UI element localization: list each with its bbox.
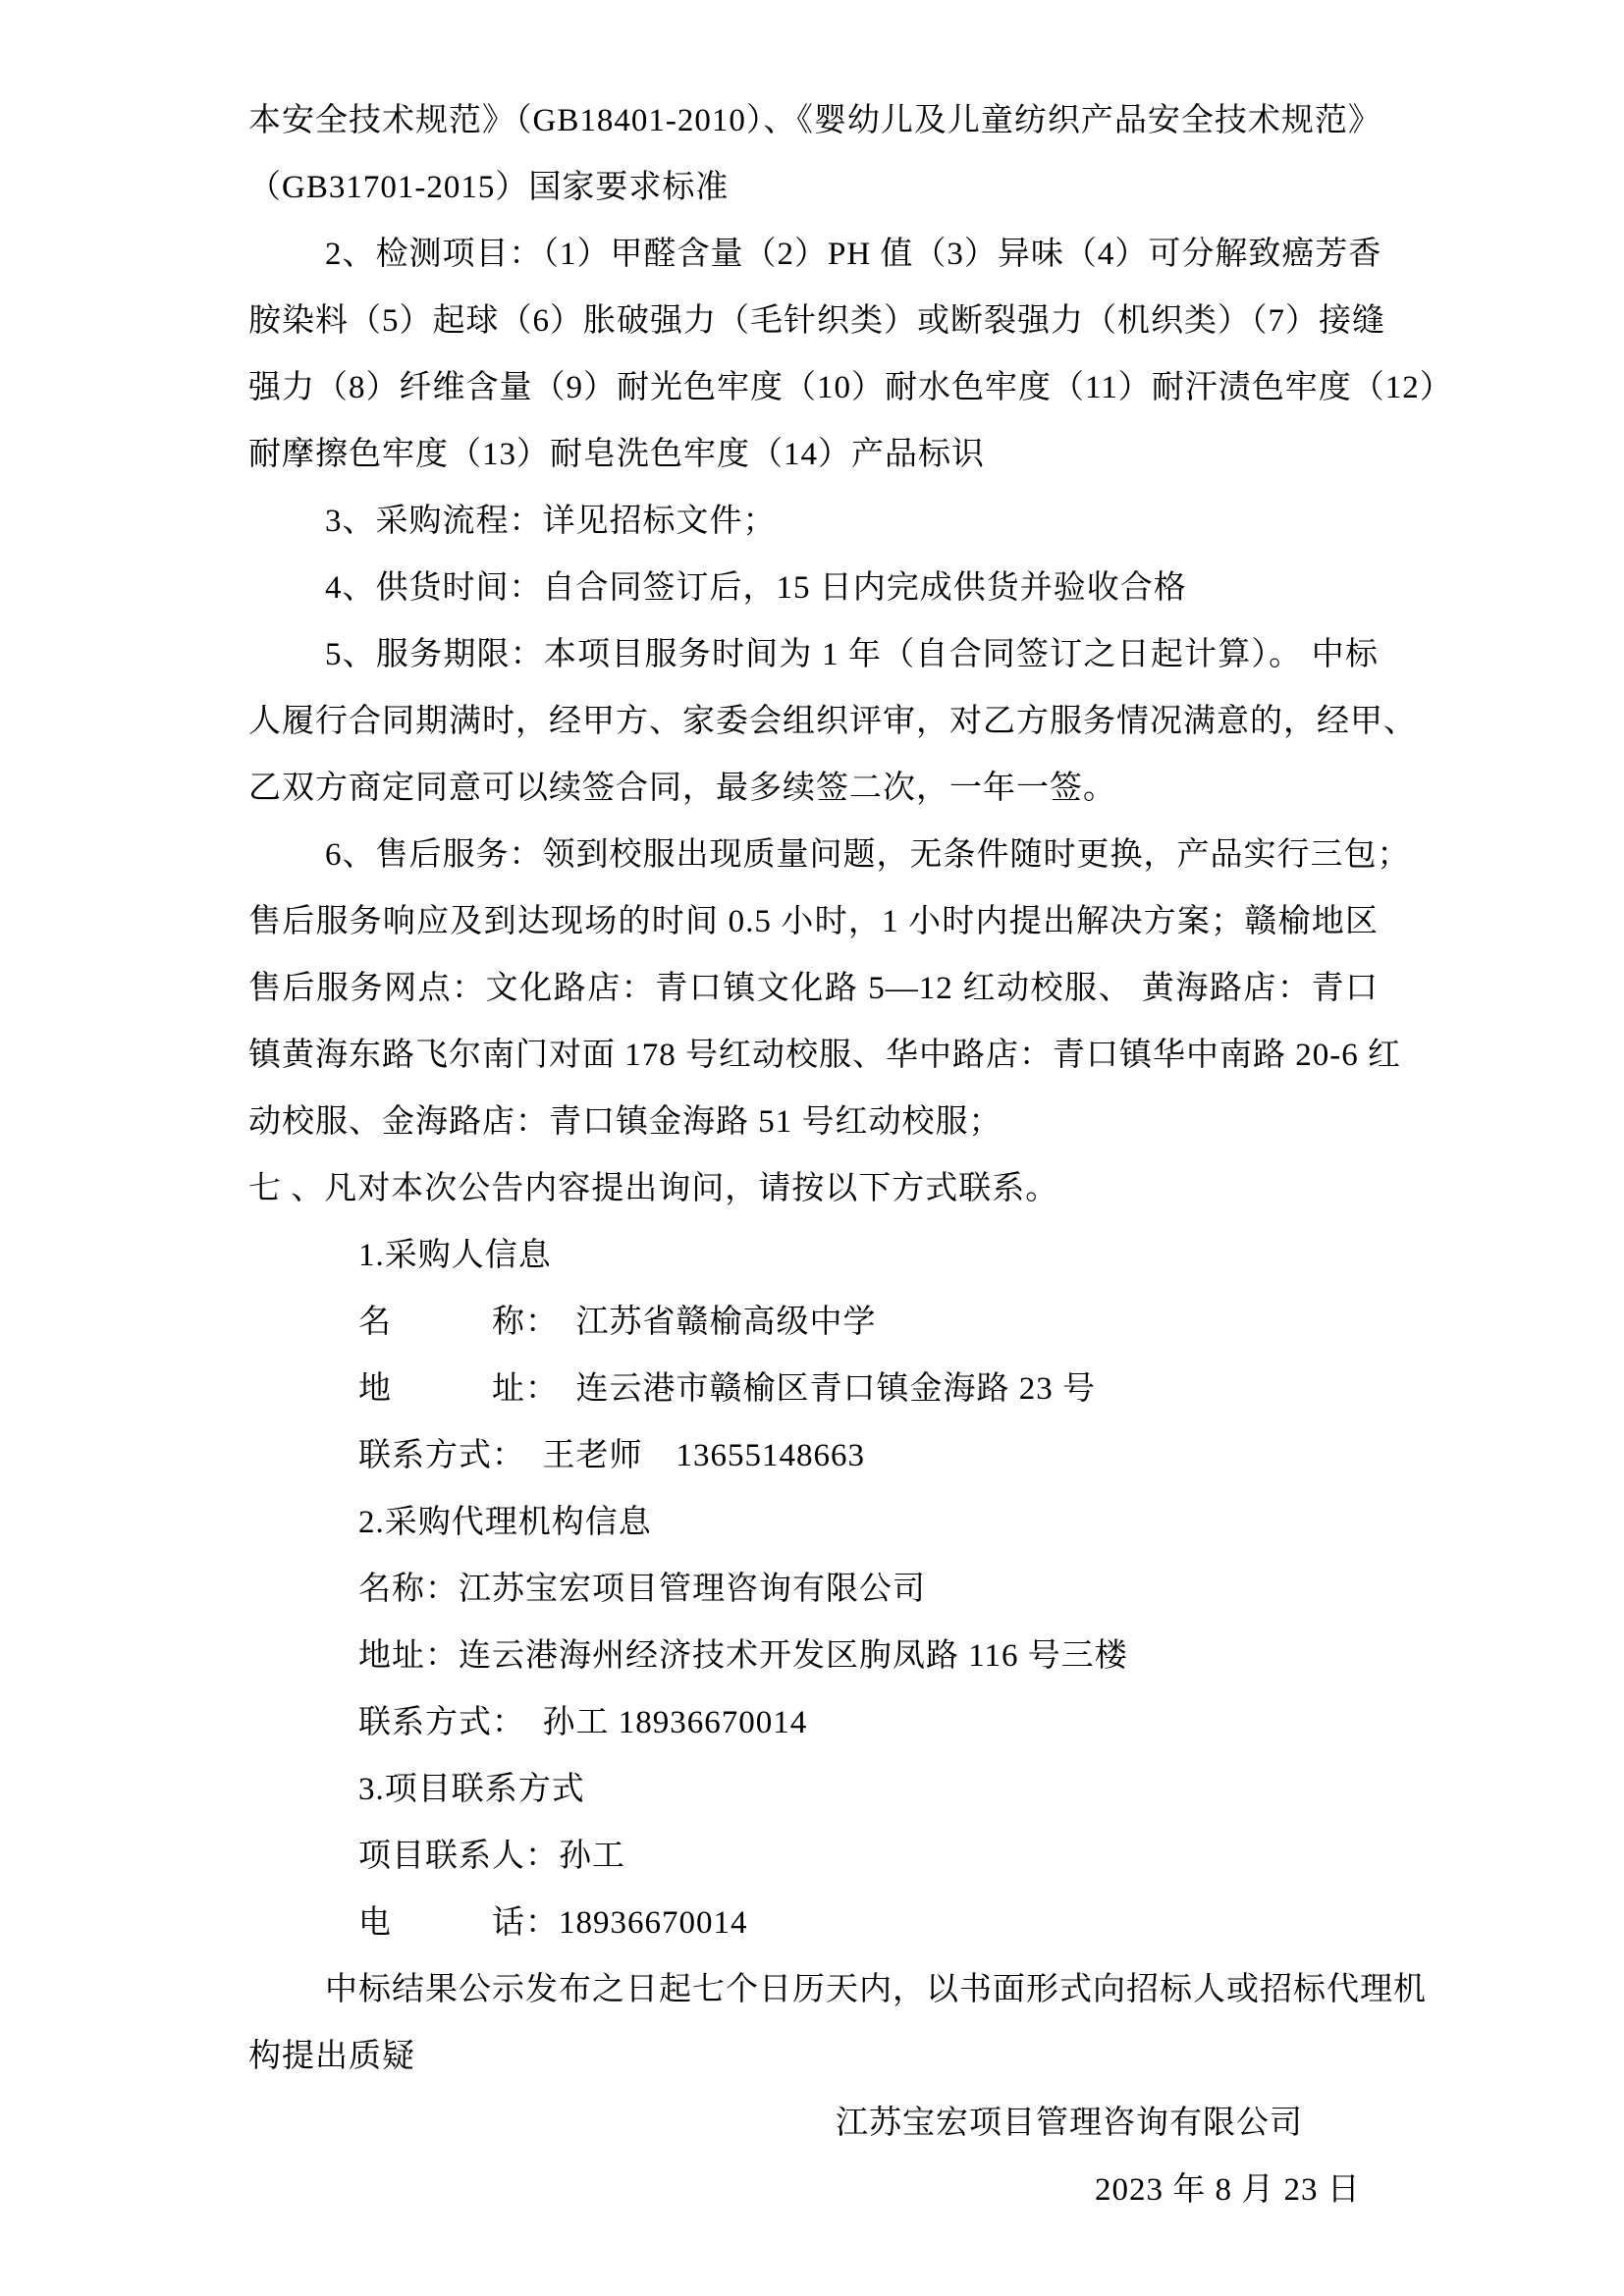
document-page: 本安全技术规范》（GB18401-2010）、《婴幼儿及儿童纺织产品安全技术规范…	[0, 0, 1624, 2296]
agency-address-line: 地址：连云港海州经济技术开发区朐凤路 116 号三楼	[248, 1623, 1379, 1689]
text-line: 人履行合同期满时，经甲方、家委会组织评审，对乙方服务情况满意的，经甲、	[248, 688, 1379, 755]
text-line: 镇黄海东路飞尔南门对面 178 号红动校服、华中路店：青口镇华中南路 20-6 …	[248, 1022, 1379, 1089]
purchaser-contact-line: 联系方式： 王老师 13655148663	[248, 1422, 1379, 1489]
project-contact-person-line: 项目联系人：孙工	[248, 1823, 1379, 1890]
text-line: 胺染料（5）起球（6）胀破强力（毛针织类）或断裂强力（机织类）（7）接缝	[248, 288, 1379, 354]
objection-notice-line: 中标结果公示发布之日起七个日历天内，以书面形式向招标人或招标代理机	[248, 1956, 1379, 2023]
signature-date-line: 2023 年 8 月 23 日	[248, 2157, 1379, 2223]
purchaser-info-heading: 1.采购人信息	[248, 1222, 1379, 1289]
clause-after-sales: 6、售后服务：领到校服出现质量问题，无条件随时更换，产品实行三包；	[248, 822, 1379, 888]
text-line: 动校服、金海路店：青口镇金海路 51 号红动校服；	[248, 1089, 1379, 1155]
text-line: 本安全技术规范》（GB18401-2010）、《婴幼儿及儿童纺织产品安全技术规范…	[248, 87, 1379, 154]
purchaser-name-line: 名 称： 江苏省赣榆高级中学	[248, 1289, 1379, 1356]
clause-delivery-time: 4、供货时间：自合同签订后，15 日内完成供货并验收合格	[248, 555, 1379, 621]
text-line: 售后服务响应及到达现场的时间 0.5 小时，1 小时内提出解决方案；赣榆地区	[248, 888, 1379, 955]
text-line: 乙双方商定同意可以续签合同，最多续签二次，一年一签。	[248, 755, 1379, 822]
clause-test-items: 2、检测项目：（1）甲醛含量（2）PH 值（3）异味（4）可分解致癌芳香	[248, 221, 1379, 288]
purchaser-address-line: 地 址： 连云港市赣榆区青口镇金海路 23 号	[248, 1356, 1379, 1422]
text-line: 强力（8）纤维含量（9）耐光色牢度（10）耐水色牢度（11）耐汗渍色牢度（12）	[248, 354, 1379, 421]
clause-seven-inquiry: 七 、凡对本次公告内容提出询问，请按以下方式联系。	[248, 1155, 1379, 1222]
clause-service-period: 5、服务期限：本项目服务时间为 1 年（自合同签订之日起计算）。 中标	[248, 621, 1379, 688]
agency-contact-line: 联系方式： 孙工 18936670014	[248, 1689, 1379, 1756]
clause-procurement-process: 3、采购流程：详见招标文件；	[248, 488, 1379, 555]
project-contact-heading: 3.项目联系方式	[248, 1756, 1379, 1823]
project-phone-line: 电 话：18936670014	[248, 1890, 1379, 1956]
text-line: 耐摩擦色牢度（13）耐皂洗色牢度（14）产品标识	[248, 421, 1379, 488]
agency-name-line: 名称：江苏宝宏项目管理咨询有限公司	[248, 1556, 1379, 1623]
agency-info-heading: 2.采购代理机构信息	[248, 1489, 1379, 1556]
text-line: （GB31701-2015）国家要求标准	[248, 154, 1379, 221]
signature-company-line: 江苏宝宏项目管理咨询有限公司	[248, 2090, 1379, 2157]
text-line: 售后服务网点：文化路店：青口镇文化路 5—12 红动校服、 黄海路店：青口	[248, 955, 1379, 1022]
objection-notice-line: 构提出质疑	[248, 2023, 1379, 2090]
document-body: 本安全技术规范》（GB18401-2010）、《婴幼儿及儿童纺织产品安全技术规范…	[0, 0, 1624, 2223]
